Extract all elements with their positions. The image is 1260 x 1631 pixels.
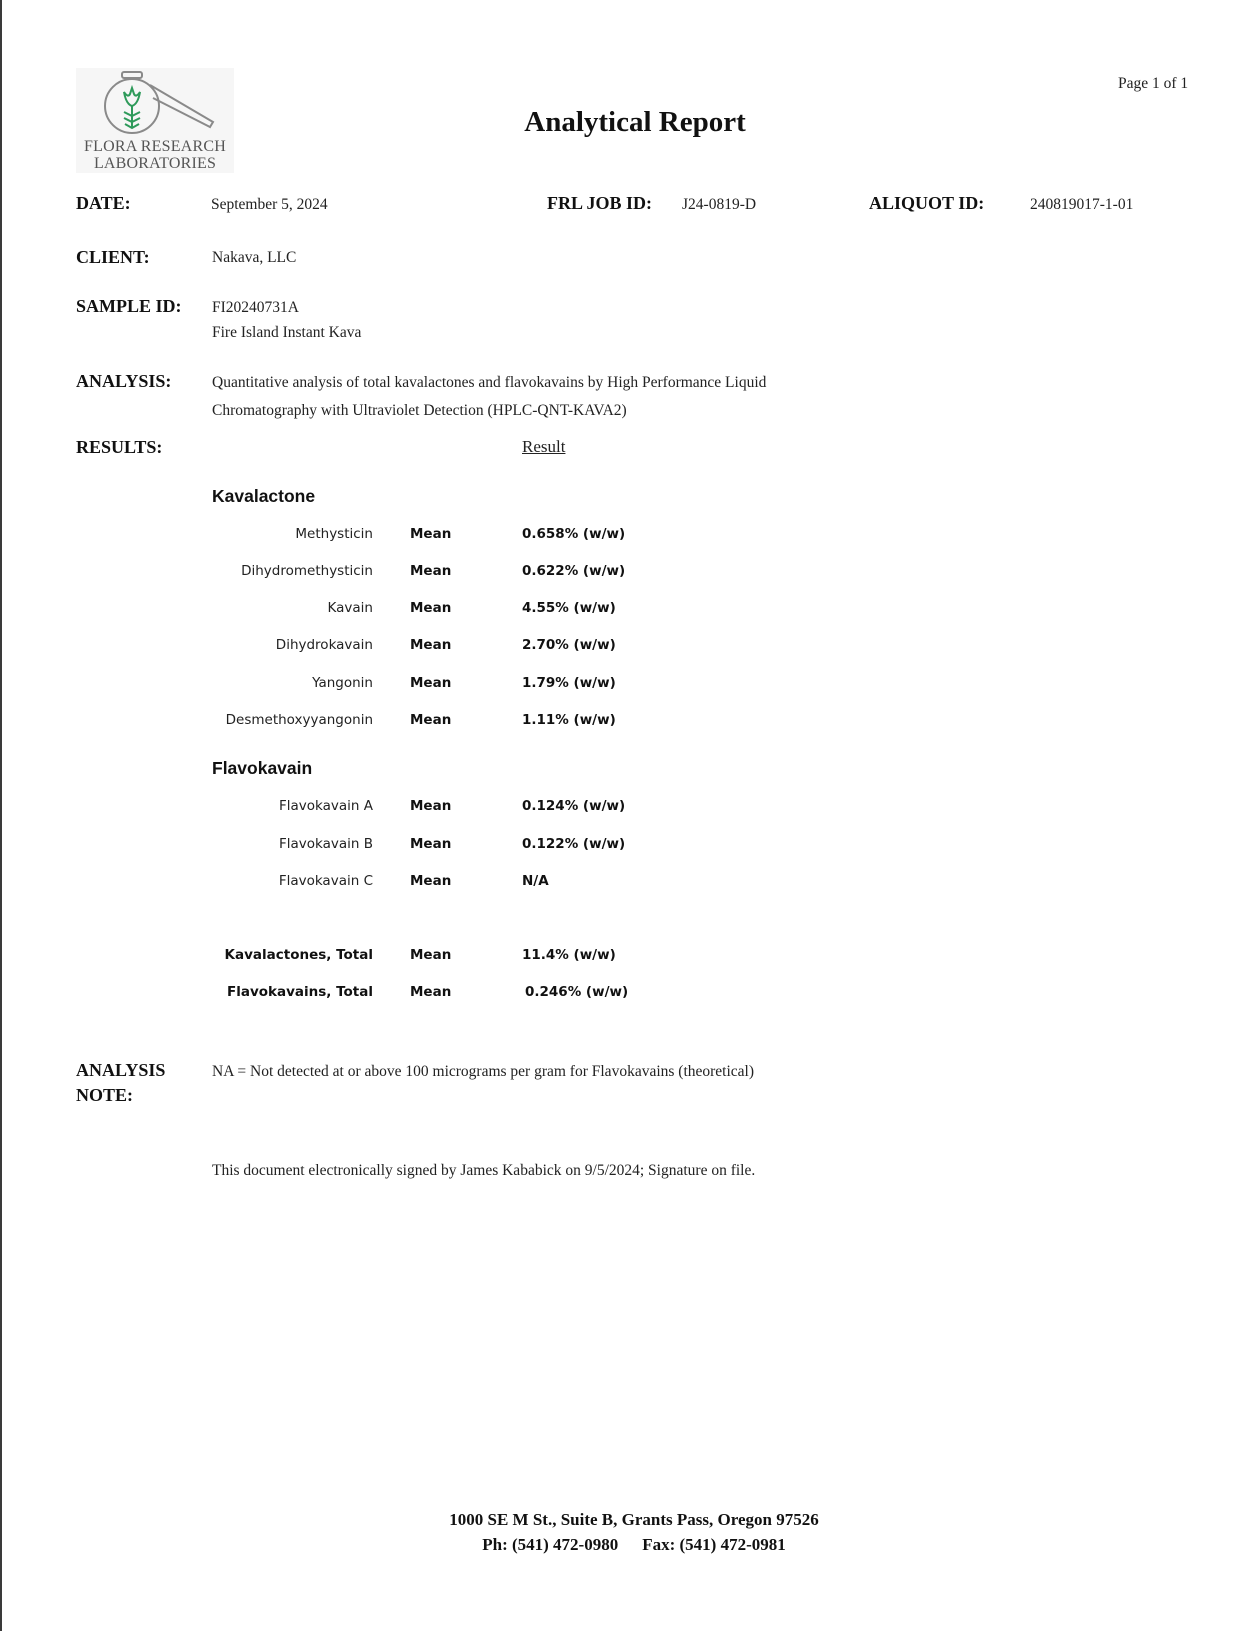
result-value: N/A — [522, 873, 549, 889]
analyte-name: Flavokavain A — [279, 798, 373, 814]
result-value: 2.70% (w/w) — [522, 637, 616, 653]
logo-text-line2: LABORATORIES — [76, 155, 234, 172]
statistic-label: Mean — [410, 984, 451, 1000]
analyte-name: Kavain — [328, 600, 373, 616]
sample-id-value: FI20240731A — [212, 299, 299, 317]
statistic-label: Mean — [410, 526, 451, 542]
job-id-value: J24-0819-D — [682, 196, 756, 214]
statistic-label: Mean — [410, 563, 451, 579]
footer-address: 1000 SE M St., Suite B, Grants Pass, Ore… — [0, 1510, 1260, 1530]
result-value: 0.124% (w/w) — [522, 798, 625, 814]
aliquot-id-value: 240819017-1-01 — [1030, 196, 1133, 214]
analyte-name: Dihydromethysticin — [241, 563, 373, 579]
analysis-note-text: NA = Not detected at or above 100 microg… — [212, 1063, 754, 1081]
page-edge — [0, 0, 2, 1631]
date-label: DATE: — [76, 193, 131, 214]
footer-fax: Fax: (541) 472-0981 — [642, 1535, 786, 1554]
analysis-text-line1: Quantitative analysis of total kavalacto… — [212, 374, 766, 392]
results-label: RESULTS: — [76, 437, 162, 458]
analyte-name: Flavokavain B — [279, 836, 373, 852]
result-value: 0.246% (w/w) — [525, 984, 628, 1000]
analyte-name: Flavokavain C — [279, 873, 373, 889]
result-value: 0.122% (w/w) — [522, 836, 625, 852]
result-value: 0.658% (w/w) — [522, 526, 625, 542]
statistic-label: Mean — [410, 675, 451, 691]
analyte-name: Flavokavains, Total — [227, 984, 373, 1000]
statistic-label: Mean — [410, 798, 451, 814]
sample-id-label: SAMPLE ID: — [76, 296, 182, 317]
statistic-label: Mean — [410, 600, 451, 616]
logo-text-line1: FLORA RESEARCH — [76, 138, 234, 155]
job-id-label: FRL JOB ID: — [547, 193, 652, 214]
analysis-note-label-line1: ANALYSIS — [76, 1060, 165, 1081]
client-value: Nakava, LLC — [212, 249, 296, 267]
result-value: 0.622% (w/w) — [522, 563, 625, 579]
footer-phone: Ph: (541) 472-0980 — [482, 1535, 618, 1554]
analyte-name: Dihydrokavain — [276, 637, 373, 653]
result-value: 1.11% (w/w) — [522, 712, 616, 728]
statistic-label: Mean — [410, 712, 451, 728]
analysis-note-label-line2: NOTE: — [76, 1085, 133, 1106]
footer-contact: Ph: (541) 472-0980Fax: (541) 472-0981 — [0, 1535, 1260, 1555]
signature-statement: This document electronically signed by J… — [212, 1162, 755, 1180]
aliquot-id-label: ALIQUOT ID: — [869, 193, 984, 214]
client-label: CLIENT: — [76, 247, 150, 268]
result-column-header: Result — [522, 437, 565, 457]
report-title: Analytical Report — [0, 106, 1260, 139]
result-value: 11.4% (w/w) — [522, 947, 616, 963]
statistic-label: Mean — [410, 947, 451, 963]
analyte-name: Kavalactones, Total — [225, 947, 373, 963]
statistic-label: Mean — [410, 873, 451, 889]
flavokavain-heading: Flavokavain — [212, 758, 312, 779]
kavalactone-heading: Kavalactone — [212, 486, 315, 507]
statistic-label: Mean — [410, 836, 451, 852]
analyte-name: Yangonin — [312, 675, 373, 691]
analysis-text-line2: Chromatography with Ultraviolet Detectio… — [212, 402, 627, 420]
sample-name: Fire Island Instant Kava — [212, 324, 361, 342]
analyte-name: Desmethoxyyangonin — [226, 712, 373, 728]
result-value: 4.55% (w/w) — [522, 600, 616, 616]
page-indicator: Page 1 of 1 — [1118, 75, 1188, 93]
statistic-label: Mean — [410, 637, 451, 653]
analysis-label: ANALYSIS: — [76, 371, 171, 392]
analyte-name: Methysticin — [295, 526, 373, 542]
date-value: September 5, 2024 — [211, 196, 328, 214]
result-value: 1.79% (w/w) — [522, 675, 616, 691]
